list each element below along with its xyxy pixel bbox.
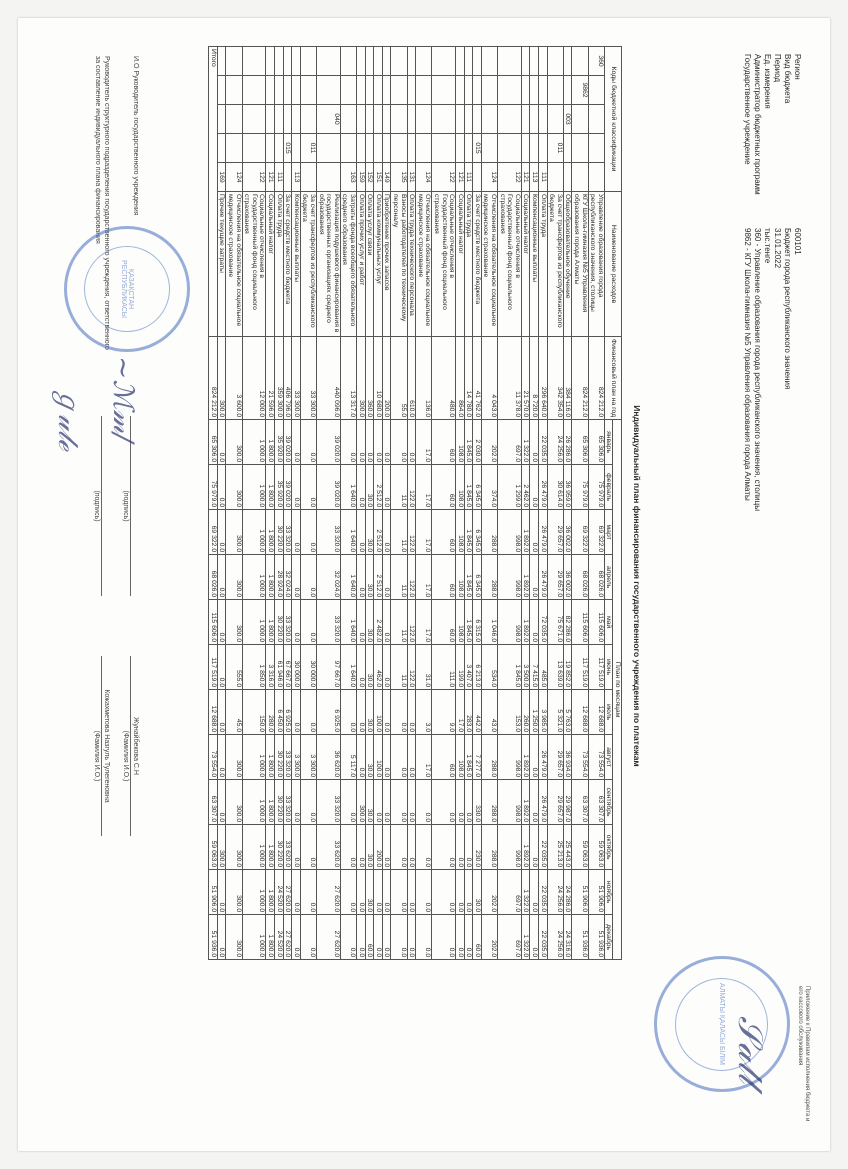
code-cell [226,47,242,76]
expense-name: Отчисления на обязательное социальное ме… [481,192,497,337]
code-cell [292,47,301,76]
month-value: 1 845.0 [498,645,522,690]
month-value: 59 063.0 [572,825,588,870]
code-cell [275,134,284,163]
expense-name: Затраты фонда всеобщего обязательного ср… [340,192,356,337]
month-value: 0.0 [382,465,391,510]
code-cell [242,76,266,105]
month-value: 6 213.0 [473,645,482,690]
month-value: 0.0 [407,420,416,465]
month-value: 60.0 [432,465,456,510]
month-value: 288.0 [481,735,497,780]
code-cell [481,134,497,163]
annual-plan: 342 354.0 [547,337,563,420]
annual-plan: 824 212.0 [572,337,588,420]
month-value: 0.0 [391,780,407,825]
month-value: 69 322.0 [588,510,604,555]
month-value: 17.0 [416,420,432,465]
month-value: 22 035.0 [539,420,548,465]
code-cell: 122 [432,163,456,192]
total-month-value: 59 063.0 [209,825,218,870]
code-cell [481,47,497,76]
month-value: 6 345.0 [473,555,482,600]
header-field-value: тыс.тенге [762,228,772,515]
month-value: 1 000.0 [242,600,266,645]
month-value: 0.0 [530,510,539,555]
expense-name: Социальные отчисления в Государственный … [498,192,522,337]
month-value: 25 213.0 [547,825,563,870]
month-value: 0.0 [464,915,473,960]
month-value: 117 519.0 [572,645,588,690]
month-value: 33 320.0 [283,780,292,825]
month-value: 0.0 [456,870,465,915]
month-value: 0.0 [382,915,391,960]
month-value: 69 322.0 [572,510,588,555]
month-value: 555.0 [226,645,242,690]
month-value: 283.0 [464,690,473,735]
col-codes-header: Коды бюджетной классификации [604,47,621,192]
month-value: 36 002.0 [563,510,572,555]
month-value: 0.0 [300,420,316,465]
scanned-page: Регион600101Вид бюджетаБюджет города рес… [18,18,830,1151]
month-value: 0.0 [340,825,356,870]
month-value: 202.0 [481,870,497,915]
header-field: Ед. измерениятыс.тенге [762,54,772,515]
table-row: 113Компенсационные выплаты33 300.00.00.0… [292,47,301,960]
month-value: 27 620.0 [283,870,292,915]
month-value: 26 479.0 [539,780,548,825]
month-value: 28 924.0 [275,555,284,600]
month-header: апрель [604,555,613,600]
month-value: 39 020.0 [283,420,292,465]
expense-name: Оплата труда технического персонала [407,192,416,337]
month-value: 75 671.0 [547,600,563,645]
month-value: 30.0 [365,645,374,690]
month-value: 1 000.0 [242,420,266,465]
month-value: 36 620.0 [317,735,341,780]
code-cell [226,134,242,163]
month-value: 0.0 [300,825,316,870]
month-value: 2 030.0 [473,420,482,465]
month-value: 59 063.0 [588,825,604,870]
signer-1-name: Жунайбекова С.Н [130,656,140,836]
month-value: 0.0 [217,780,226,825]
month-value: 27 620.0 [283,915,292,960]
month-value: 0.0 [391,870,407,915]
code-cell: 149 [382,163,391,192]
month-value: 65 306.0 [572,420,588,465]
month-value: 1 000.0 [242,915,266,960]
code-cell: 121 [266,163,275,192]
month-value: 6 315.0 [473,600,482,645]
annual-plan: 21 570.0 [521,337,530,420]
month-value: 288.0 [481,510,497,555]
code-cell [464,134,473,163]
code-cell [456,105,465,134]
code-cell: 151 [374,163,383,192]
month-value: 67 667.0 [283,645,292,690]
month-value: 200.0 [374,825,383,870]
header-field: Регион600101 [792,54,802,515]
month-value: 1 640.0 [340,510,356,555]
month-value: 0.0 [374,915,383,960]
month-value: 63 307.0 [572,780,588,825]
code-cell: 135 [391,163,407,192]
month-value: 0.0 [300,870,316,915]
month-value: 117 519.0 [588,645,604,690]
month-value: 17.0 [416,555,432,600]
code-cell [357,47,366,76]
code-cell [432,105,456,134]
month-value: 9.0 [432,690,456,735]
header-field-value: 600101 [792,228,802,515]
official-stamp-bottom: ҚАЗАҚСТАН РЕСПУБЛИКАСЫ [64,226,190,352]
month-value: 0.0 [292,600,301,645]
signer-2: Руководитель структурного подразделения … [92,56,111,856]
month-value: 0.0 [292,510,301,555]
total-label: Итого [209,47,218,337]
month-value: 36 002.0 [563,555,572,600]
code-cell [217,105,226,134]
code-cell [572,105,588,134]
annual-plan: 480.0 [432,337,456,420]
month-value: 0.0 [300,465,316,510]
month-value: 0.0 [292,825,301,870]
code-cell: 121 [521,163,530,192]
code-cell [547,105,563,134]
table-row: 121Социальный налог21 596.01 800.01 800.… [266,47,275,960]
code-cell [464,47,473,76]
month-value: 0.0 [407,825,416,870]
code-cell [266,134,275,163]
month-value: 60.0 [473,915,482,960]
signer-2-signature-line [101,416,111,596]
month-header: май [604,600,613,645]
month-value: 0.0 [391,420,407,465]
code-cell [357,134,366,163]
month-value: 12 688.0 [572,690,588,735]
month-value: 1 892.0 [521,735,530,780]
code-cell [217,47,226,76]
month-value: 30 220.0 [275,780,284,825]
code-cell: 113 [292,163,301,192]
month-value: 6 925.0 [283,690,292,735]
month-header: март [604,510,613,555]
expense-name: Взносы работодателей по техническому пер… [391,192,407,337]
header-field: Администратор бюджетных программ360 - Уп… [752,54,762,515]
table-row: 121Социальный налог21 570.01 322.02 462.… [521,47,530,960]
signer-1-name-caption: (Фамилия И.О.) [121,656,130,856]
expense-name: Оплата коммунальных услуг [374,192,383,337]
code-cell [317,47,341,76]
month-value: 0.0 [357,690,366,735]
code-cell [563,134,572,163]
month-value: 29 657.0 [547,510,563,555]
month-value: 75 979.0 [572,465,588,510]
table-row: 124Отчисления на обязательное социальное… [481,47,497,960]
code-cell [226,76,242,105]
month-value: 7 277.0 [473,735,482,780]
code-cell [563,76,572,105]
table-row: 152Оплата услуг связи360.00.030.030.030.… [365,47,374,960]
code-cell: 011 [547,134,563,163]
header-field: Государственное учреждение9862 - КГУ Шко… [742,54,752,515]
month-value: 45.0 [226,690,242,735]
code-cell: 131 [407,163,416,192]
month-value: 202.0 [481,420,497,465]
expense-name: Социальный налог [456,192,465,337]
month-value: 3 300.0 [292,735,301,780]
code-cell: 360 [588,47,604,76]
header-field-value: 31.01.2022 [772,228,782,515]
month-value: 0.0 [407,915,416,960]
table-row: 111Оплата труда296 640.022 035.026 479.0… [539,47,548,960]
code-cell [547,76,563,105]
month-value: 27 620.0 [317,870,341,915]
month-value: 0.0 [432,870,456,915]
month-value: 19 852.0 [563,645,572,690]
month-value: 0.0 [456,825,465,870]
expense-name: Оплата труда [464,192,473,337]
month-value: 27 620.0 [317,915,341,960]
month-value: 0.0 [357,600,366,645]
month-value: 374.0 [481,465,497,510]
month-value: 0.0 [382,780,391,825]
month-value: 30 220.0 [275,825,284,870]
month-value: 11.0 [391,555,407,600]
code-cell [391,105,407,134]
month-value: 0.0 [464,870,473,915]
month-value: 11.0 [391,510,407,555]
month-value: 1 800.0 [266,465,275,510]
month-value: 300.0 [217,825,226,870]
month-value: 202.0 [481,915,497,960]
month-value: 0.0 [456,780,465,825]
code-cell [226,105,242,134]
month-value: 998.0 [498,510,522,555]
code-cell [374,76,383,105]
expense-name: Оплата труда [539,192,548,337]
month-value: 2 512.0 [374,465,383,510]
month-value: 0.0 [292,780,301,825]
annual-plan: 384 116.0 [563,337,572,420]
month-value: 0.0 [357,870,366,915]
month-value: 0.0 [382,645,391,690]
month-value: 0.0 [374,420,383,465]
code-cell [432,47,456,76]
code-cell [539,105,548,134]
code-cell [498,47,522,76]
code-cell [464,76,473,105]
month-value: 0.0 [382,600,391,645]
month-value: 300.0 [226,825,242,870]
annual-plan: 33 300.0 [300,337,316,420]
month-value: 2 512.0 [374,555,383,600]
month-value: 0.0 [382,870,391,915]
annual-plan: 11 378.0 [498,337,522,420]
month-value: 72 035.0 [539,600,548,645]
annual-plan: 406 796.0 [283,337,292,420]
month-value: 0.0 [407,690,416,735]
expense-name: Социальные отчисления в Государственный … [242,192,266,337]
month-value: 1 800.0 [266,825,275,870]
table-body: 360Управление образования города республ… [209,47,605,960]
month-value: 26 286.0 [563,420,572,465]
month-value: 0.0 [217,645,226,690]
month-value: 0.0 [292,690,301,735]
month-value: 0.0 [217,690,226,735]
month-value: 30 220.0 [275,600,284,645]
month-value: 0.0 [300,690,316,735]
month-value: 1 322.0 [521,420,530,465]
month-value: 697.0 [498,915,522,960]
month-value: 1 892.0 [521,600,530,645]
month-value: 300.0 [226,555,242,600]
header-field: Вид бюджетаБюджет города республиканског… [782,54,792,515]
month-value: 300.0 [226,870,242,915]
month-value: 0.0 [407,780,416,825]
month-value: 30 614.0 [547,465,563,510]
month-value: 0.0 [340,915,356,960]
code-cell [340,47,356,76]
month-value: 24 256.0 [547,915,563,960]
month-value: 0.0 [217,420,226,465]
code-cell [498,76,522,105]
month-value: 5 763.0 [563,690,572,735]
signer-2-name-caption: (Фамилия И.О.) [92,656,101,856]
annual-plan: 10 680.0 [374,337,383,420]
month-value: 75 979.0 [588,465,604,510]
month-value: 1 000.0 [242,510,266,555]
code-cell: 111 [539,163,548,192]
month-header: декабрь [604,915,613,960]
month-value: 60.0 [432,555,456,600]
code-cell [365,76,374,105]
code-cell [456,76,465,105]
month-value: 25 443.0 [563,825,572,870]
month-value: 0.0 [300,555,316,600]
expense-name: Оплата труда [275,192,284,337]
month-value: 1 322.0 [521,915,530,960]
code-cell [340,134,356,163]
month-value: 1 299.0 [498,465,522,510]
month-value: 108.0 [456,600,465,645]
month-value: 1 845.0 [464,735,473,780]
month-value: 288.0 [481,555,497,600]
code-cell [340,76,356,105]
signer-1: И.О Руководитель государственного учрежд… [121,56,140,856]
month-value: 39 020.0 [317,465,341,510]
header-field-label: Администратор бюджетных программ [752,54,762,228]
code-cell [588,76,604,105]
total-plan: 824 212.0 [209,337,218,420]
code-cell [382,47,391,76]
month-value: 0.0 [407,870,416,915]
code-cell: 121 [456,163,465,192]
table-row: 9862КГУ Школа-гимназия №5 Управления обр… [572,47,588,960]
month-header: сентябрь [604,780,613,825]
code-cell [266,76,275,105]
code-cell [521,134,530,163]
code-cell [382,134,391,163]
month-value: 1 800.0 [266,555,275,600]
expense-name: Приобретение прочих запасов [382,192,391,337]
month-value: 1 892.0 [521,510,530,555]
expense-name: За счет трансфертов из республиканского … [547,192,563,337]
code-cell [588,105,604,134]
month-value: 0.0 [357,825,366,870]
header-field-label: Ед. измерения [762,54,772,228]
expense-name: Отчисления на обязательное социальное ме… [226,192,242,337]
month-value: 0.0 [300,780,316,825]
month-value: 122.0 [407,600,416,645]
code-cell: 9862 [572,76,588,105]
month-value: 1 800.0 [266,870,275,915]
month-value: 300.0 [226,465,242,510]
header-field-value: 360 - Управление образования города респ… [752,228,762,515]
month-value: 300.0 [226,510,242,555]
code-cell [530,105,539,134]
month-value: 462.0 [374,645,383,690]
month-value: 3 407.0 [464,645,473,690]
month-value: 17.0 [416,600,432,645]
code-cell [357,105,366,134]
table-row: 151Оплата коммунальных услуг10 680.00.02… [374,47,383,960]
total-month-value: 51 936.0 [209,915,218,960]
code-cell [374,105,383,134]
code-cell: 124 [416,163,432,192]
approval-note: Приложение к Правилам исполнения бюджета… [796,986,810,1126]
month-value: 35 920.0 [275,420,284,465]
financing-plan-table: Коды бюджетной классификации Наименовани… [208,46,622,960]
month-value: 1 800.0 [266,600,275,645]
code-cell [242,105,266,134]
month-value: 1 845.0 [464,420,473,465]
code-cell [283,47,292,76]
code-cell [266,47,275,76]
code-cell: 152 [365,163,374,192]
code-cell [572,47,588,76]
month-value: 0.0 [374,870,383,915]
month-value: 29 657.0 [547,780,563,825]
month-value: 0.0 [217,510,226,555]
month-value: 0.0 [416,825,432,870]
code-cell [498,105,522,134]
table-row: 121Социальный налог864.0108.0108.0108.01… [456,47,465,960]
month-value: 5 321.0 [547,690,563,735]
annual-plan: 13 317.0 [340,337,356,420]
month-value: 230.0 [473,825,482,870]
month-value: 33 620.0 [317,825,341,870]
month-value: 24 520.0 [275,870,284,915]
month-value: 60.0 [432,420,456,465]
code-cell [432,134,456,163]
month-value: 108.0 [456,420,465,465]
code-cell [481,76,497,105]
code-cell [432,76,456,105]
col-plan-header: Финансовый план на год [604,337,621,420]
month-value: 1 000.0 [242,825,266,870]
header-fields: Регион600101Вид бюджетаБюджет города рес… [742,54,802,515]
month-value: 17.0 [416,465,432,510]
month-value: 30.0 [365,780,374,825]
month-value: 33 320.0 [283,735,292,780]
month-value: 3 300.0 [300,735,316,780]
expense-name: За счет трансфертов из республиканского … [300,192,316,337]
month-value: 0.0 [292,465,301,510]
month-value: 108.0 [456,555,465,600]
code-cell [365,134,374,163]
